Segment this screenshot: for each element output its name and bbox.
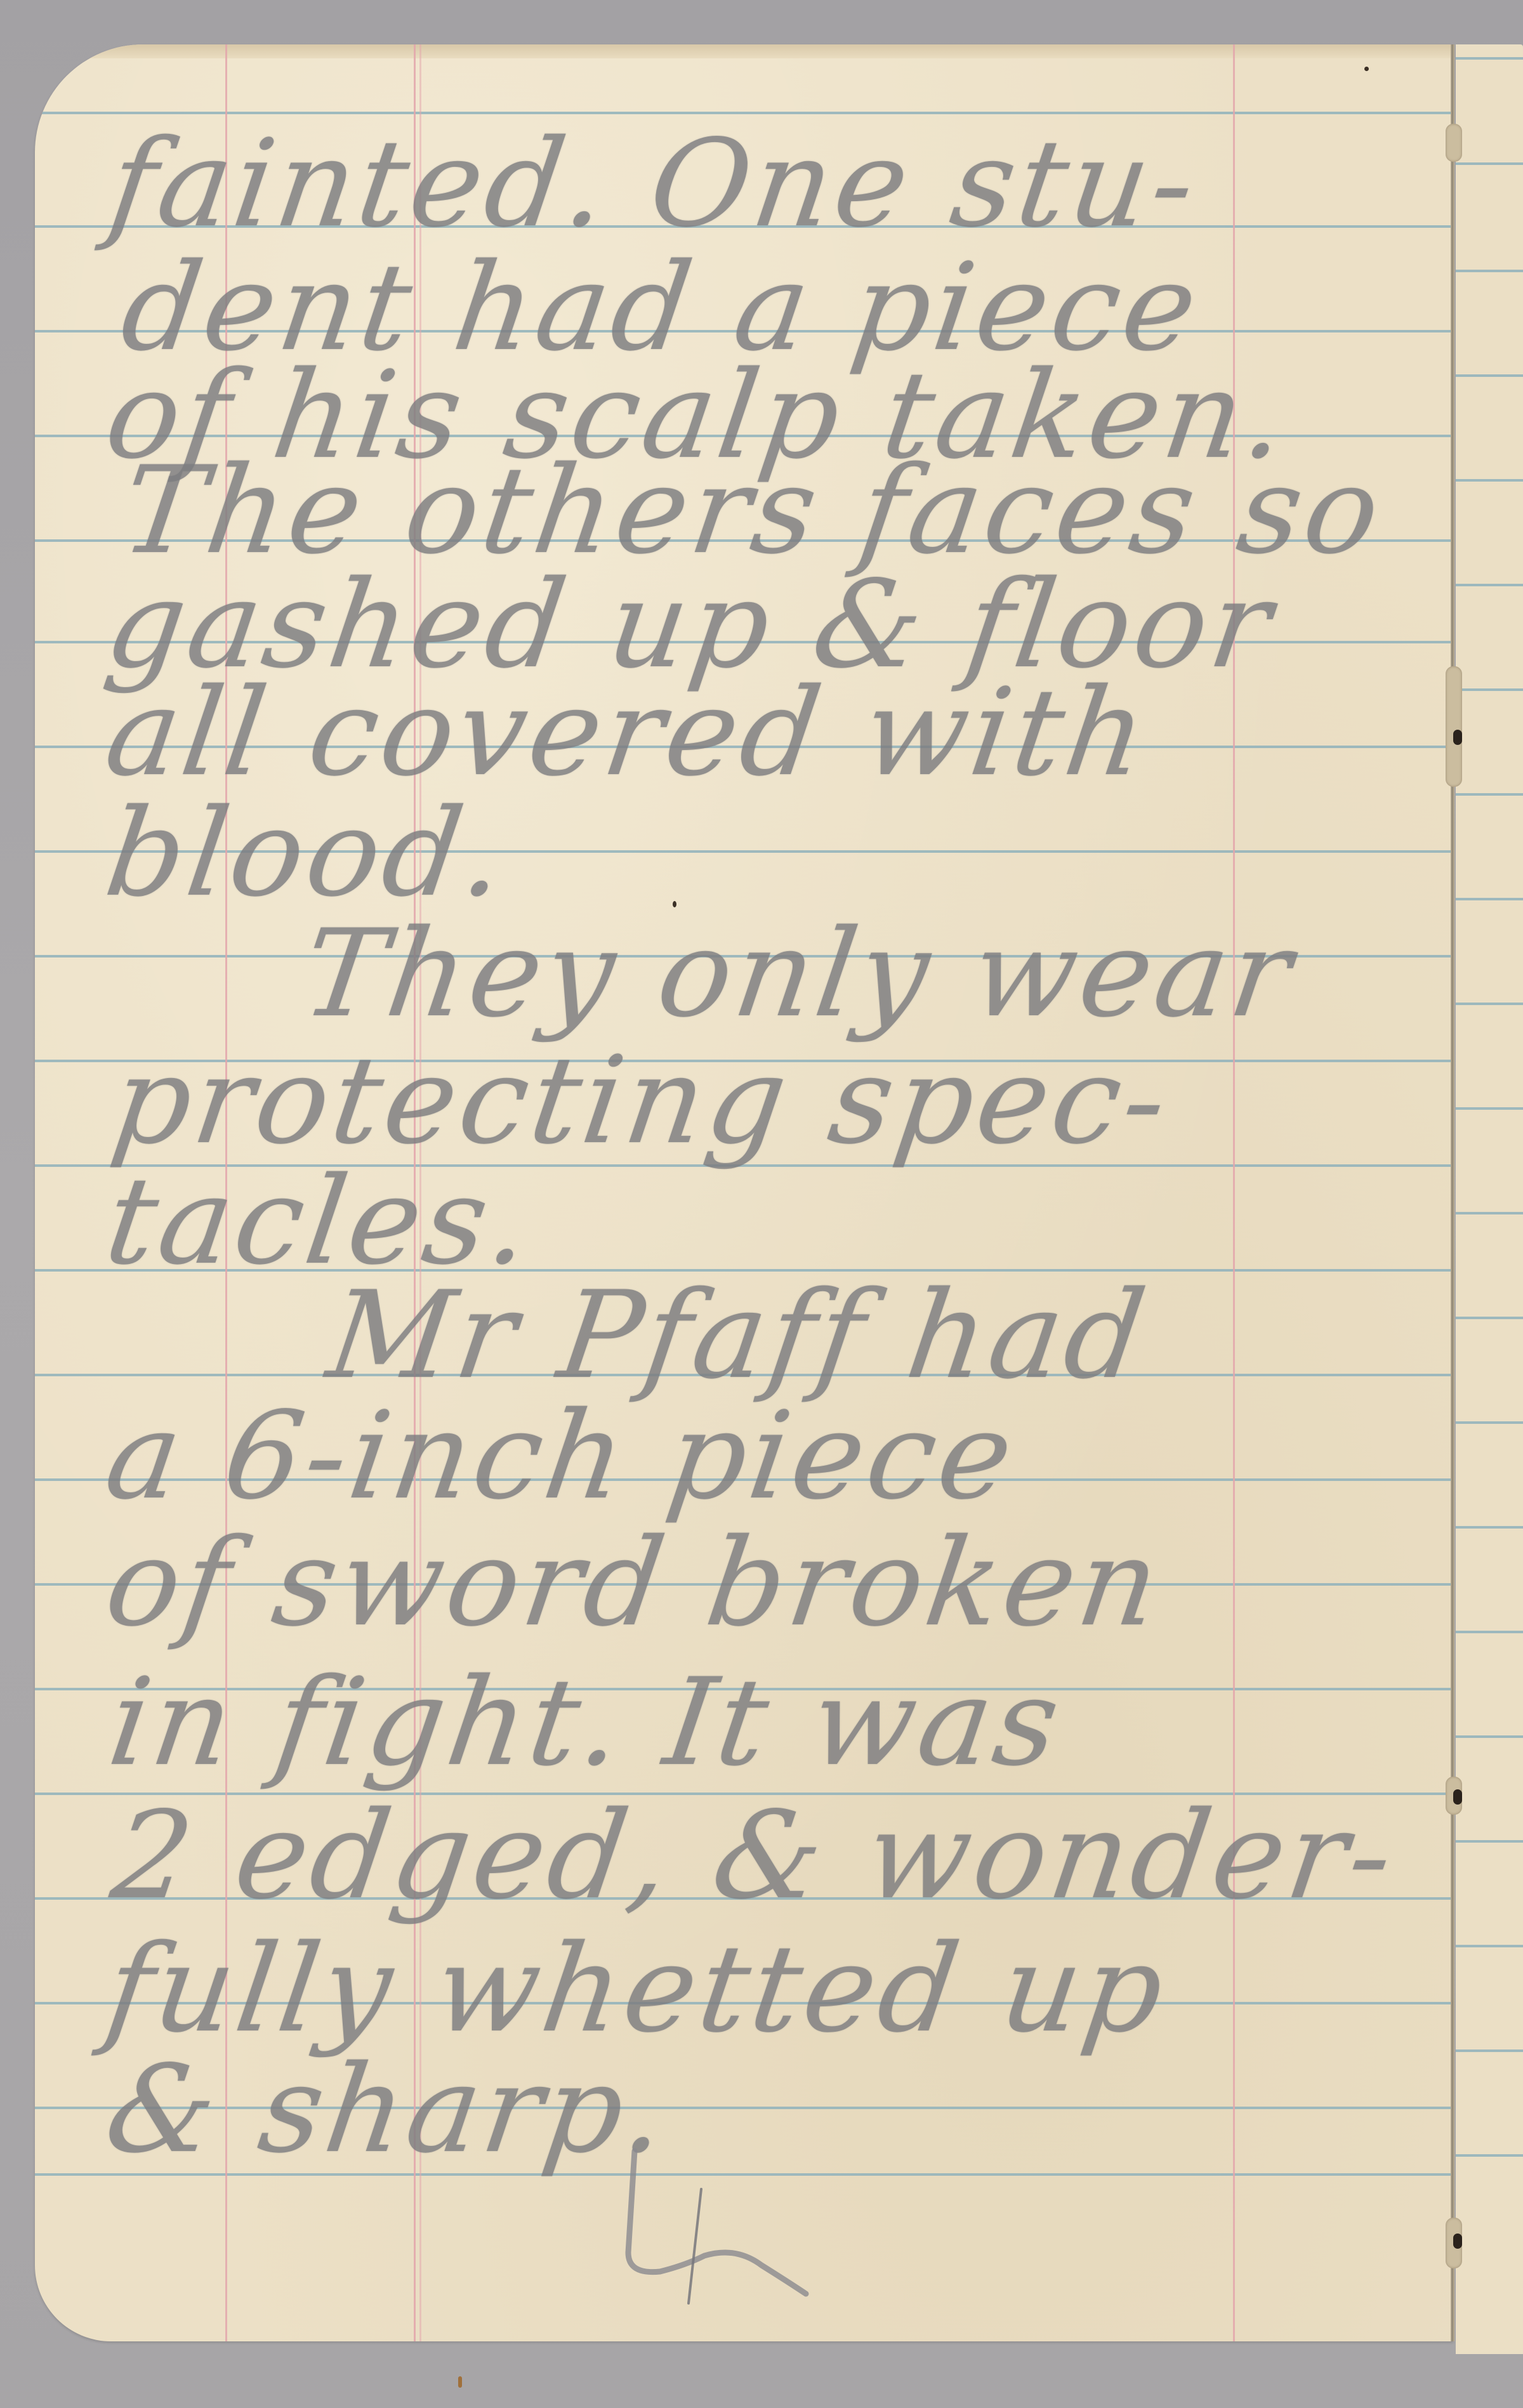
rule-line bbox=[1456, 1735, 1523, 1738]
handwriting-line: The others faces so bbox=[115, 451, 1390, 571]
rule-line bbox=[1456, 1945, 1523, 1947]
handwriting-line: tacles. bbox=[100, 1161, 541, 1282]
rule-line bbox=[1456, 1107, 1523, 1110]
rule-line bbox=[1456, 1631, 1523, 1633]
rule-line bbox=[1456, 1003, 1523, 1005]
rule-line bbox=[1456, 162, 1523, 165]
handwriting-line: 2 edged, & wonder- bbox=[106, 1796, 1404, 1916]
rule-line bbox=[1456, 2049, 1523, 2052]
paper-speck bbox=[1364, 67, 1369, 71]
handwriting-line: in fight. It was bbox=[103, 1662, 1070, 1783]
handwriting-line: all covered with bbox=[100, 673, 1157, 793]
rule-line bbox=[1456, 479, 1523, 482]
rule-line bbox=[1456, 270, 1523, 272]
end-flourish-icon bbox=[590, 2145, 844, 2310]
rule-line bbox=[1456, 898, 1523, 900]
handwriting-line: Mr Pfaff had bbox=[322, 1275, 1156, 1396]
rule-line bbox=[1456, 2154, 1523, 2157]
binding-hole bbox=[1453, 730, 1462, 745]
rule-line bbox=[1456, 1212, 1523, 1214]
rule-line bbox=[1456, 1421, 1523, 1424]
rule-line bbox=[1456, 57, 1523, 60]
rule-line bbox=[1456, 793, 1523, 796]
handwriting-line: protecting spec- bbox=[106, 1041, 1177, 1161]
paper-speck bbox=[458, 2376, 462, 2388]
rule-line bbox=[1456, 688, 1523, 691]
handwritten-text: fainted. One stu- dent had a piece of hi… bbox=[0, 0, 1453, 2408]
paper-speck bbox=[673, 901, 676, 907]
handwriting-line: a 6-inch piece bbox=[100, 1396, 1023, 1517]
handwriting-line: fainted. One stu- bbox=[103, 124, 1206, 244]
rule-line bbox=[1456, 1317, 1523, 1319]
rule-line bbox=[1456, 374, 1523, 377]
next-page-ruling bbox=[1456, 44, 1523, 2354]
rule-line bbox=[1456, 1526, 1523, 1529]
binding-hole bbox=[1453, 1789, 1462, 1805]
rule-line bbox=[1456, 1840, 1523, 1843]
handwriting-line: blood. bbox=[100, 793, 516, 914]
binding-hole bbox=[1453, 2234, 1462, 2249]
rule-line bbox=[1456, 584, 1523, 586]
handwriting-line: fully whetted up bbox=[100, 1929, 1174, 2049]
handwriting-line: They only wear bbox=[296, 914, 1302, 1034]
handwriting-line: of sword broken bbox=[100, 1523, 1170, 1643]
next-page-edge bbox=[1456, 44, 1523, 2354]
